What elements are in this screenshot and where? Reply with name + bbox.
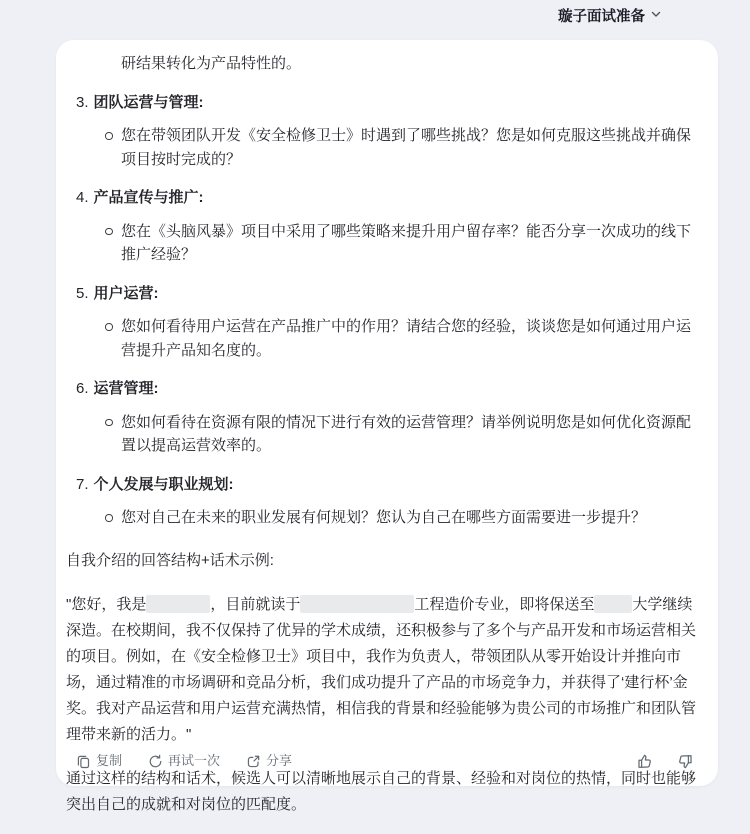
quote-text: "您好，我是 xyxy=(66,596,146,613)
list-item-question: 您对自己在未来的职业发展有何规划？您认为自己在哪些方面需要进一步提升？ xyxy=(121,506,706,530)
list-item-number: 4. xyxy=(76,186,89,210)
list-item-heading: 4.产品宣传与推广: xyxy=(66,186,706,210)
share-icon xyxy=(246,754,261,769)
dislike-button[interactable] xyxy=(677,753,694,770)
retry-label: 再试一次 xyxy=(168,749,220,773)
interview-question-list: 3.团队运营与管理: 您在带领团队开发《安全检修卫士》时遇到了哪些挑战？您是如何… xyxy=(66,91,706,530)
thumb-down-icon xyxy=(677,753,694,770)
thumb-up-icon xyxy=(636,753,653,770)
copy-icon xyxy=(76,754,91,769)
list-item: 5.用户运营: 您如何看待用户运营在产品推广中的作用？请结合您的经验，谈谈您是如… xyxy=(66,282,706,363)
redacted-text xyxy=(300,595,414,613)
chevron-down-icon xyxy=(650,6,662,24)
list-item-number: 6. xyxy=(76,377,89,401)
list-item-heading: 5.用户运营: xyxy=(66,282,706,306)
redacted-text xyxy=(146,595,210,613)
share-label: 分享 xyxy=(266,749,292,773)
list-item-number: 3. xyxy=(76,91,89,115)
assistant-message-card: 研结果转化为产品特性的。 3.团队运营与管理: 您在带领团队开发《安全检修卫士》… xyxy=(56,40,718,786)
list-item: 3.团队运营与管理: 您在带领团队开发《安全检修卫士》时遇到了哪些挑战？您是如何… xyxy=(66,91,706,172)
list-item-heading: 7.个人发展与职业规划: xyxy=(66,473,706,497)
list-item-title: 团队运营与管理: xyxy=(94,94,204,111)
copy-label: 复制 xyxy=(96,749,122,773)
section-label: 自我介绍的回答结构+话术示例: xyxy=(66,548,706,574)
like-button[interactable] xyxy=(636,753,653,770)
list-item-title: 用户运营: xyxy=(94,285,159,302)
quote-text: 大学继续深造。在校期间，我不仅保持了优异的学术成绩，还积极参与了多个与产品开发和… xyxy=(66,596,696,743)
list-item-title: 产品宣传与推广: xyxy=(94,189,204,206)
refresh-icon xyxy=(148,754,163,769)
redacted-text xyxy=(594,595,632,613)
list-item-question: 您如何看待在资源有限的情况下进行有效的运营管理？请举例说明您是如何优化资源配置以… xyxy=(121,411,706,458)
list-item-number: 5. xyxy=(76,282,89,306)
list-item-continuation-text: 研结果转化为产品特性的。 xyxy=(121,52,706,76)
list-item-heading: 6.运营管理: xyxy=(66,377,706,401)
message-action-bar: 复制 再试一次 分享 xyxy=(76,748,694,774)
list-item-heading: 3.团队运营与管理: xyxy=(66,91,706,115)
list-item: 7.个人发展与职业规划: 您对自己在未来的职业发展有何规划？您认为自己在哪些方面… xyxy=(66,473,706,530)
list-item-question: 您在带领团队开发《安全检修卫士》时遇到了哪些挑战？您是如何克服这些挑战并确保项目… xyxy=(121,124,706,171)
conversation-title: 璇子面试准备 xyxy=(558,5,645,26)
list-item: 4.产品宣传与推广: 您在《头脑风暴》项目中采用了哪些策略来提升用户留存率？能否… xyxy=(66,186,706,267)
list-item-question: 您如何看待用户运营在产品推广中的作用？请结合您的经验，谈谈您是如何通过用户运营提… xyxy=(121,315,706,362)
list-item-title: 个人发展与职业规划: xyxy=(94,476,234,493)
share-button[interactable]: 分享 xyxy=(246,749,292,773)
quote-text: 工程造价专业，即将保送至 xyxy=(414,596,594,613)
copy-button[interactable]: 复制 xyxy=(76,749,122,773)
list-item-title: 运营管理: xyxy=(94,380,159,397)
list-item: 6.运营管理: 您如何看待在资源有限的情况下进行有效的运营管理？请举例说明您是如… xyxy=(66,377,706,458)
quote-text: ，目前就读于 xyxy=(210,596,300,613)
self-intro-quote: "您好，我是，目前就读于工程造价专业，即将保送至大学继续深造。在校期间，我不仅保… xyxy=(66,592,706,748)
retry-button[interactable]: 再试一次 xyxy=(148,749,220,773)
list-item-question: 您在《头脑风暴》项目中采用了哪些策略来提升用户留存率？能否分享一次成功的线下推广… xyxy=(121,220,706,267)
conversation-title-dropdown[interactable]: 璇子面试准备 xyxy=(558,4,662,26)
list-item-number: 7. xyxy=(76,473,89,497)
